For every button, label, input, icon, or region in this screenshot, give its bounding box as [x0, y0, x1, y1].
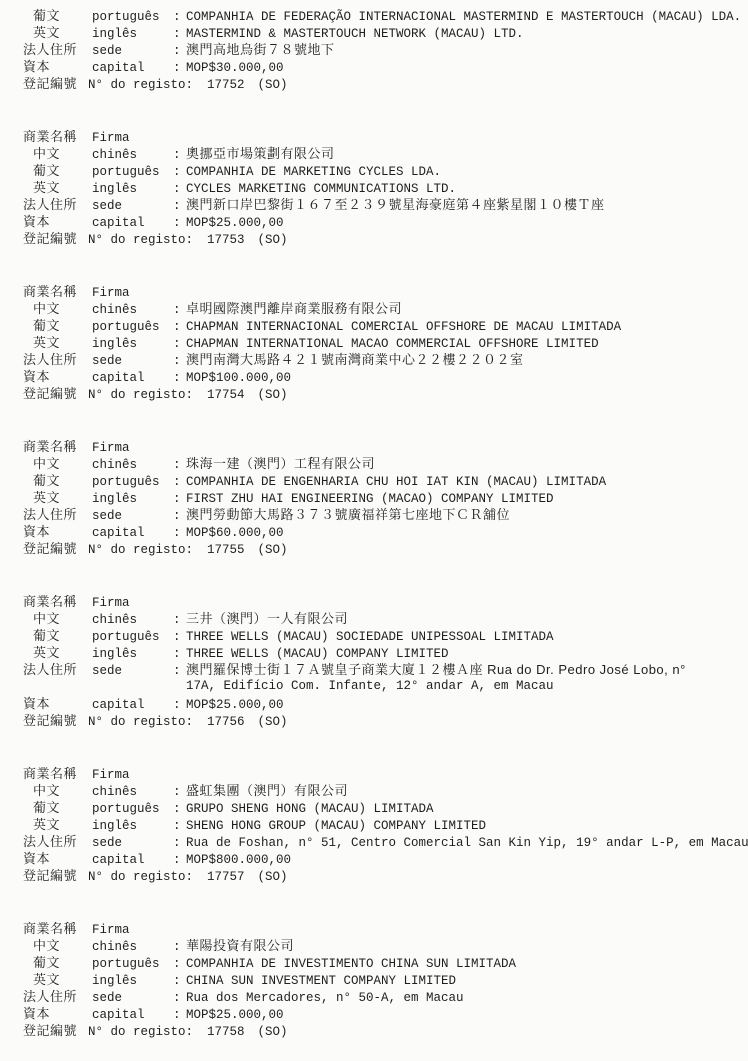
colon: :: [173, 801, 186, 818]
colon: :: [173, 612, 186, 629]
field-capital: 資本 capital : MOP$100.000,00: [0, 368, 748, 385]
value-sede: 澳門新口岸巴黎街１６７至２３９號星海豪庭第４座紫星閣１０樓Ｔ座: [186, 196, 748, 213]
label-capital-zh: 資本: [23, 850, 92, 867]
value-portuguese-name: GRUPO SHENG HONG (MACAU) LIMITADA: [186, 801, 748, 818]
label-chinese-zh: 中文: [23, 782, 92, 799]
value-chinese-name: 卓明國際澳門離岸商業服務有限公司: [186, 300, 748, 317]
field-english-name: 英文 inglês : CYCLES MARKETING COMMUNICATI…: [0, 179, 748, 196]
colon: :: [173, 990, 186, 1007]
label-sede-pt: sede: [92, 198, 173, 215]
label-chinese-pt: chinês: [92, 147, 173, 164]
label-capital-zh: 資本: [23, 695, 92, 712]
field-sede: 法人住所 sede : 澳門南灣大馬路４２１號南灣商業中心２２樓２２０２室: [0, 351, 748, 368]
value-sede: 澳門高地烏街７８號地下: [186, 41, 748, 58]
label-english-pt: inglês: [92, 26, 173, 43]
label-firma-zh: 商業名稱: [23, 765, 92, 782]
label-sede-pt: sede: [92, 43, 173, 60]
colon: :: [173, 215, 186, 232]
field-registo: 登記編號 N° do registo: 17752 (SO): [0, 75, 748, 92]
label-registo-zh: 登記編號: [23, 75, 88, 92]
colon: :: [173, 697, 186, 714]
value-capital: MOP$100.000,00: [186, 370, 748, 387]
label-english-zh: 英文: [23, 971, 92, 988]
value-registo-number: 17757: [207, 869, 245, 886]
label-english-pt: inglês: [92, 818, 173, 835]
field-sede: 法人住所 sede : Rua dos Mercadores, n° 50-A,…: [0, 988, 748, 1005]
label-registo-zh: 登記編號: [23, 1022, 88, 1039]
value-capital: MOP$25.000,00: [186, 697, 748, 714]
value-registo-number: 17752: [207, 77, 245, 94]
field-sede: 法人住所 sede : 澳門勞動節大馬路３７３號廣福祥第七座地下ＣＲ舖位: [0, 506, 748, 523]
field-sede-continuation: 17A, Edifício Com. Infante, 12° andar A,…: [0, 678, 748, 695]
value-registo-number: 17754: [207, 387, 245, 404]
label-registo-zh: 登記編號: [23, 712, 88, 729]
field-chinese-name: 中文 chinês : 三井（澳門）一人有限公司: [0, 610, 748, 627]
label-sede-zh: 法人住所: [23, 833, 92, 850]
label-sede-pt: sede: [92, 663, 173, 680]
value-sede: 澳門南灣大馬路４２１號南灣商業中心２２樓２２０２室: [186, 351, 748, 368]
label-firma-pt: Firma: [92, 130, 173, 147]
label-firma-zh: 商業名稱: [23, 920, 92, 937]
label-chinese-zh: 中文: [23, 145, 92, 162]
colon: :: [173, 784, 186, 801]
colon: :: [173, 474, 186, 491]
registry-entry-17755: 商業名稱 Firma 中文 chinês : 珠海一建（澳門）工程有限公司 葡文…: [0, 438, 748, 557]
value-registo-suffix: (SO): [258, 1024, 288, 1041]
field-firma: 商業名稱 Firma: [0, 765, 748, 782]
value-chinese-name: 珠海一建（澳門）工程有限公司: [186, 455, 748, 472]
label-portuguese-zh: 葡文: [23, 317, 92, 334]
field-english-name: 英文 inglês : CHAPMAN INTERNATIONAL MACAO …: [0, 334, 748, 351]
gazette-registry-page: 葡文 português : COMPANHIA DE FEDERAÇÃO IN…: [0, 0, 748, 1061]
field-english-name: 英文 inglês : THREE WELLS (MACAU) COMPANY …: [0, 644, 748, 661]
colon: :: [173, 9, 186, 26]
label-registo-pt: N° do registo:: [88, 77, 193, 94]
field-sede: 法人住所 sede : 澳門羅保博士街１７Ａ號皇子商業大廈１２樓Ａ座 Rua d…: [0, 661, 748, 678]
value-english-name: CHINA SUN INVESTMENT COMPANY LIMITED: [186, 973, 748, 990]
label-portuguese-pt: português: [92, 474, 173, 491]
colon: :: [173, 852, 186, 869]
label-english-pt: inglês: [92, 491, 173, 508]
label-sede-zh: 法人住所: [23, 661, 92, 678]
label-english-zh: 英文: [23, 644, 92, 661]
label-english-pt: inglês: [92, 973, 173, 990]
value-registo-number: 17753: [207, 232, 245, 249]
field-english-name: 英文 inglês : SHENG HONG GROUP (MACAU) COM…: [0, 816, 748, 833]
label-registo-zh: 登記編號: [23, 540, 88, 557]
value-registo-number: 17755: [207, 542, 245, 559]
field-portuguese-name: 葡文 português : COMPANHIA DE MARKETING CY…: [0, 162, 748, 179]
value-capital: MOP$30.000,00: [186, 60, 748, 77]
value-chinese-name: 奧挪亞市場策劃有限公司: [186, 145, 748, 162]
field-firma: 商業名稱 Firma: [0, 128, 748, 145]
label-portuguese-pt: português: [92, 629, 173, 646]
colon: :: [173, 956, 186, 973]
value-english-name: SHENG HONG GROUP (MACAU) COMPANY LIMITED: [186, 818, 748, 835]
value-chinese-name: 盛虹集團（澳門）有限公司: [186, 782, 748, 799]
label-chinese-pt: chinês: [92, 302, 173, 319]
field-registo: 登記編號 N° do registo: 17754 (SO): [0, 385, 748, 402]
field-portuguese-name: 葡文 português : COMPANHIA DE FEDERAÇÃO IN…: [0, 7, 748, 24]
label-firma-pt: Firma: [92, 595, 173, 612]
registry-entry-17753: 商業名稱 Firma 中文 chinês : 奧挪亞市場策劃有限公司 葡文 po…: [0, 128, 748, 247]
registry-entry-17752: 葡文 português : COMPANHIA DE FEDERAÇÃO IN…: [0, 7, 748, 92]
colon: :: [173, 646, 186, 663]
colon: :: [173, 525, 186, 542]
label-capital-pt: capital: [92, 215, 173, 232]
label-portuguese-pt: português: [92, 801, 173, 818]
field-registo: 登記編號 N° do registo: 17757 (SO): [0, 867, 748, 884]
field-registo: 登記編號 N° do registo: 17753 (SO): [0, 230, 748, 247]
label-registo-zh: 登記編號: [23, 230, 88, 247]
label-firma-pt: Firma: [92, 767, 173, 784]
label-sede-zh: 法人住所: [23, 988, 92, 1005]
field-portuguese-name: 葡文 português : COMPANHIA DE ENGENHARIA C…: [0, 472, 748, 489]
value-sede: Rua de Foshan, n° 51, Centro Comercial S…: [186, 835, 748, 852]
label-registo-pt: N° do registo:: [88, 869, 193, 886]
field-capital: 資本 capital : MOP$60.000,00: [0, 523, 748, 540]
label-portuguese-pt: português: [92, 9, 173, 26]
field-chinese-name: 中文 chinês : 華陽投資有限公司: [0, 937, 748, 954]
value-registo-suffix: (SO): [258, 869, 288, 886]
field-portuguese-name: 葡文 português : GRUPO SHENG HONG (MACAU) …: [0, 799, 748, 816]
label-capital-pt: capital: [92, 525, 173, 542]
label-sede-zh: 法人住所: [23, 196, 92, 213]
label-capital-zh: 資本: [23, 1005, 92, 1022]
label-chinese-pt: chinês: [92, 784, 173, 801]
label-registo-pt: N° do registo:: [88, 387, 193, 404]
field-sede: 法人住所 sede : 澳門新口岸巴黎街１６７至２３９號星海豪庭第４座紫星閣１０…: [0, 196, 748, 213]
field-chinese-name: 中文 chinês : 卓明國際澳門離岸商業服務有限公司: [0, 300, 748, 317]
label-firma-zh: 商業名稱: [23, 283, 92, 300]
value-portuguese-name: COMPANHIA DE FEDERAÇÃO INTERNACIONAL MAS…: [186, 9, 748, 26]
field-firma: 商業名稱 Firma: [0, 438, 748, 455]
value-capital: MOP$60.000,00: [186, 525, 748, 542]
field-sede: 法人住所 sede : Rua de Foshan, n° 51, Centro…: [0, 833, 748, 850]
label-portuguese-zh: 葡文: [23, 162, 92, 179]
field-portuguese-name: 葡文 português : THREE WELLS (MACAU) SOCIE…: [0, 627, 748, 644]
field-chinese-name: 中文 chinês : 盛虹集團（澳門）有限公司: [0, 782, 748, 799]
field-firma: 商業名稱 Firma: [0, 593, 748, 610]
field-sede: 法人住所 sede : 澳門高地烏街７８號地下: [0, 41, 748, 58]
label-english-zh: 英文: [23, 334, 92, 351]
value-registo-suffix: (SO): [258, 714, 288, 731]
label-firma-pt: Firma: [92, 285, 173, 302]
label-english-zh: 英文: [23, 816, 92, 833]
value-sede: Rua dos Mercadores, n° 50-A, em Macau: [186, 990, 748, 1007]
value-portuguese-name: COMPANHIA DE ENGENHARIA CHU HOI IAT KIN …: [186, 474, 748, 491]
colon: :: [173, 302, 186, 319]
label-registo-zh: 登記編號: [23, 385, 88, 402]
label-capital-pt: capital: [92, 370, 173, 387]
value-chinese-name: 華陽投資有限公司: [186, 937, 748, 954]
field-chinese-name: 中文 chinês : 珠海一建（澳門）工程有限公司: [0, 455, 748, 472]
label-firma-pt: Firma: [92, 440, 173, 457]
label-sede-pt: sede: [92, 990, 173, 1007]
label-portuguese-pt: português: [92, 319, 173, 336]
label-sede-pt: sede: [92, 508, 173, 525]
label-sede-pt: sede: [92, 835, 173, 852]
label-capital-pt: capital: [92, 852, 173, 869]
value-registo-number: 17756: [207, 714, 245, 731]
label-chinese-pt: chinês: [92, 612, 173, 629]
registry-entry-17754: 商業名稱 Firma 中文 chinês : 卓明國際澳門離岸商業服務有限公司 …: [0, 283, 748, 402]
label-english-pt: inglês: [92, 336, 173, 353]
label-portuguese-zh: 葡文: [23, 472, 92, 489]
value-portuguese-name: COMPANHIA DE MARKETING CYCLES LDA.: [186, 164, 748, 181]
label-registo-zh: 登記編號: [23, 867, 88, 884]
colon: :: [173, 939, 186, 956]
colon: :: [173, 663, 186, 680]
value-chinese-name: 三井（澳門）一人有限公司: [186, 610, 748, 627]
label-sede-zh: 法人住所: [23, 41, 92, 58]
label-portuguese-pt: português: [92, 956, 173, 973]
value-portuguese-name: COMPANHIA DE INVESTIMENTO CHINA SUN LIMI…: [186, 956, 748, 973]
label-portuguese-pt: português: [92, 164, 173, 181]
colon: :: [173, 336, 186, 353]
label-chinese-pt: chinês: [92, 457, 173, 474]
registry-entry-17758: 商業名稱 Firma 中文 chinês : 華陽投資有限公司 葡文 portu…: [0, 920, 748, 1039]
value-capital: MOP$25.000,00: [186, 215, 748, 232]
label-chinese-pt: chinês: [92, 939, 173, 956]
label-chinese-zh: 中文: [23, 455, 92, 472]
label-capital-zh: 資本: [23, 368, 92, 385]
value-sede-line1: 澳門羅保博士街１７Ａ號皇子商業大廈１２樓Ａ座 Rua do Dr. Pedro …: [186, 661, 748, 678]
colon: :: [173, 973, 186, 990]
label-capital-pt: capital: [92, 697, 173, 714]
field-registo: 登記編號 N° do registo: 17758 (SO): [0, 1022, 748, 1039]
label-registo-pt: N° do registo:: [88, 542, 193, 559]
value-registo-suffix: (SO): [258, 387, 288, 404]
label-english-pt: inglês: [92, 181, 173, 198]
colon: :: [173, 164, 186, 181]
label-capital-zh: 資本: [23, 213, 92, 230]
colon: :: [173, 26, 186, 43]
colon: :: [173, 353, 186, 370]
field-portuguese-name: 葡文 português : CHAPMAN INTERNACIONAL COM…: [0, 317, 748, 334]
label-chinese-zh: 中文: [23, 610, 92, 627]
value-sede: 澳門勞動節大馬路３７３號廣福祥第七座地下ＣＲ舖位: [186, 506, 748, 523]
value-registo-suffix: (SO): [258, 232, 288, 249]
label-portuguese-zh: 葡文: [23, 7, 92, 24]
label-firma-zh: 商業名稱: [23, 593, 92, 610]
label-capital-pt: capital: [92, 60, 173, 77]
label-chinese-zh: 中文: [23, 937, 92, 954]
label-registo-pt: N° do registo:: [88, 1024, 193, 1041]
field-registo: 登記編號 N° do registo: 17755 (SO): [0, 540, 748, 557]
field-english-name: 英文 inglês : CHINA SUN INVESTMENT COMPANY…: [0, 971, 748, 988]
label-sede-zh: 法人住所: [23, 351, 92, 368]
label-portuguese-zh: 葡文: [23, 954, 92, 971]
field-chinese-name: 中文 chinês : 奧挪亞市場策劃有限公司: [0, 145, 748, 162]
label-english-pt: inglês: [92, 646, 173, 663]
field-registo: 登記編號 N° do registo: 17756 (SO): [0, 712, 748, 729]
field-capital: 資本 capital : MOP$30.000,00: [0, 58, 748, 75]
field-capital: 資本 capital : MOP$800.000,00: [0, 850, 748, 867]
colon: :: [173, 508, 186, 525]
field-capital: 資本 capital : MOP$25.000,00: [0, 695, 748, 712]
label-capital-zh: 資本: [23, 58, 92, 75]
colon: :: [173, 629, 186, 646]
colon: :: [173, 198, 186, 215]
colon: :: [173, 60, 186, 77]
label-english-zh: 英文: [23, 24, 92, 41]
value-sede-line2: 17A, Edifício Com. Infante, 12° andar A,…: [186, 678, 748, 695]
colon: :: [173, 457, 186, 474]
colon: :: [173, 319, 186, 336]
field-firma: 商業名稱 Firma: [0, 920, 748, 937]
field-capital: 資本 capital : MOP$25.000,00: [0, 1005, 748, 1022]
field-firma: 商業名稱 Firma: [0, 283, 748, 300]
label-portuguese-zh: 葡文: [23, 627, 92, 644]
label-firma-zh: 商業名稱: [23, 438, 92, 455]
value-capital: MOP$25.000,00: [186, 1007, 748, 1024]
label-chinese-zh: 中文: [23, 300, 92, 317]
colon: :: [173, 181, 186, 198]
value-capital: MOP$800.000,00: [186, 852, 748, 869]
colon: :: [173, 835, 186, 852]
label-english-zh: 英文: [23, 489, 92, 506]
colon: :: [173, 491, 186, 508]
colon: :: [173, 370, 186, 387]
label-capital-zh: 資本: [23, 523, 92, 540]
registry-entry-17757: 商業名稱 Firma 中文 chinês : 盛虹集團（澳門）有限公司 葡文 p…: [0, 765, 748, 884]
label-capital-pt: capital: [92, 1007, 173, 1024]
colon: :: [173, 147, 186, 164]
value-portuguese-name: CHAPMAN INTERNACIONAL COMERCIAL OFFSHORE…: [186, 319, 748, 336]
value-registo-suffix: (SO): [258, 77, 288, 94]
value-registo-suffix: (SO): [258, 542, 288, 559]
label-registo-pt: N° do registo:: [88, 232, 193, 249]
field-english-name: 英文 inglês : MASTERMIND & MASTERTOUCH NET…: [0, 24, 748, 41]
colon: :: [173, 43, 186, 60]
label-english-zh: 英文: [23, 179, 92, 196]
field-portuguese-name: 葡文 português : COMPANHIA DE INVESTIMENTO…: [0, 954, 748, 971]
field-english-name: 英文 inglês : FIRST ZHU HAI ENGINEERING (M…: [0, 489, 748, 506]
field-capital: 資本 capital : MOP$25.000,00: [0, 213, 748, 230]
label-firma-pt: Firma: [92, 922, 173, 939]
label-sede-zh: 法人住所: [23, 506, 92, 523]
label-registo-pt: N° do registo:: [88, 714, 193, 731]
colon: :: [173, 818, 186, 835]
label-portuguese-zh: 葡文: [23, 799, 92, 816]
colon: :: [173, 1007, 186, 1024]
value-portuguese-name: THREE WELLS (MACAU) SOCIEDADE UNIPESSOAL…: [186, 629, 748, 646]
label-sede-pt: sede: [92, 353, 173, 370]
value-registo-number: 17758: [207, 1024, 245, 1041]
registry-entry-17756: 商業名稱 Firma 中文 chinês : 三井（澳門）一人有限公司 葡文 p…: [0, 593, 748, 729]
label-firma-zh: 商業名稱: [23, 128, 92, 145]
